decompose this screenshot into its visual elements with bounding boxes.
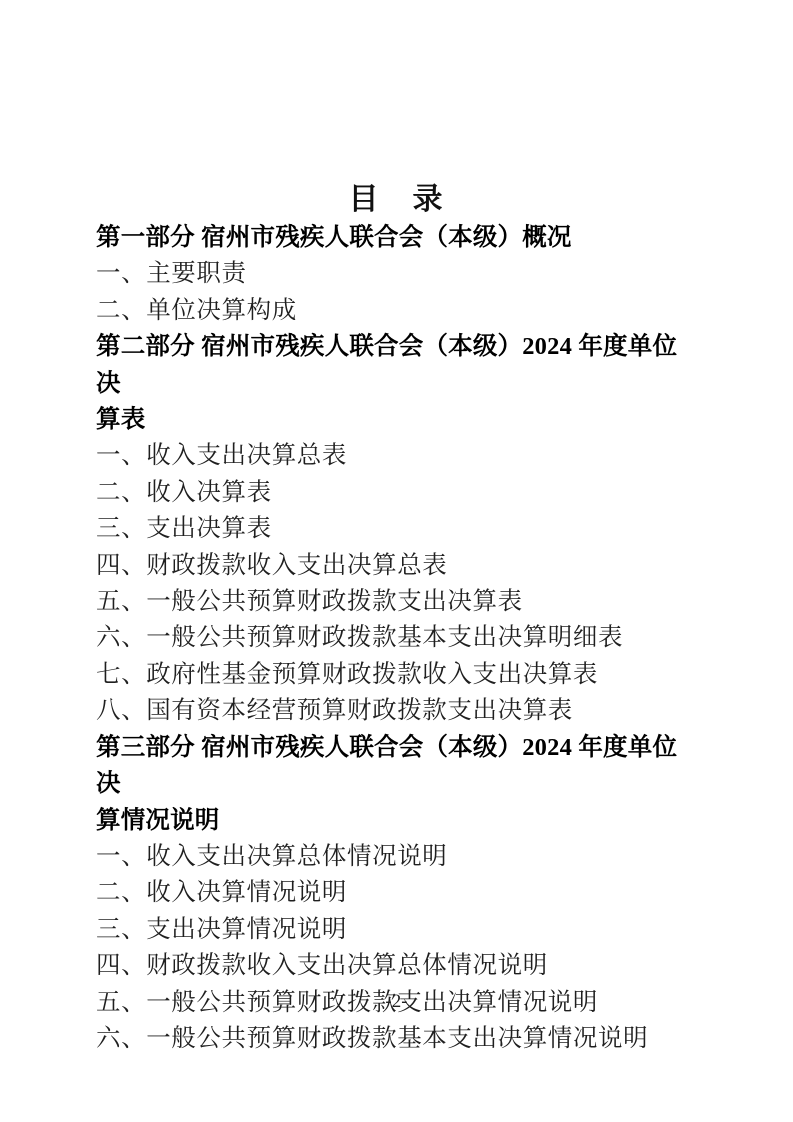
toc-section-heading: 第二部分 宿州市残疾人联合会（本级）2024 年度单位决 算表 <box>96 329 697 438</box>
toc-item: 三、支出决算表 <box>96 511 697 547</box>
toc-item: 七、政府性基金预算财政拨款收入支出决算表 <box>96 657 697 693</box>
document-page: 目 录 第一部分 宿州市残疾人联合会（本级）概况一、主要职责二、单位决算构成第二… <box>0 0 793 1122</box>
toc-list: 第一部分 宿州市残疾人联合会（本级）概况一、主要职责二、单位决算构成第二部分 宿… <box>96 220 697 1057</box>
toc-section-heading: 第一部分 宿州市残疾人联合会（本级）概况 <box>96 220 697 256</box>
toc-item: 五、一般公共预算财政拨款支出决算表 <box>96 584 697 620</box>
toc-item: 二、收入决算表 <box>96 475 697 511</box>
toc-item: 四、财政拨款收入支出决算总体情况说明 <box>96 948 697 984</box>
toc-item: 一、收入支出决算总体情况说明 <box>96 839 697 875</box>
toc-item: 二、单位决算构成 <box>96 293 697 329</box>
page-content: 目 录 第一部分 宿州市残疾人联合会（本级）概况一、主要职责二、单位决算构成第二… <box>96 180 697 1057</box>
page-number: -2- <box>0 991 793 1013</box>
toc-section-heading: 第三部分 宿州市残疾人联合会（本级）2024 年度单位决 算情况说明 <box>96 730 697 839</box>
toc-item: 四、财政拨款收入支出决算总表 <box>96 548 697 584</box>
toc-item: 六、一般公共预算财政拨款基本支出决算情况说明 <box>96 1021 697 1057</box>
toc-item: 三、支出决算情况说明 <box>96 912 697 948</box>
toc-item: 二、收入决算情况说明 <box>96 875 697 911</box>
toc-item: 一、主要职责 <box>96 256 697 292</box>
toc-item: 八、国有资本经营预算财政拨款支出决算表 <box>96 693 697 729</box>
page-title: 目 录 <box>96 180 697 220</box>
toc-item: 六、一般公共预算财政拨款基本支出决算明细表 <box>96 620 697 656</box>
toc-item: 一、收入支出决算总表 <box>96 438 697 474</box>
